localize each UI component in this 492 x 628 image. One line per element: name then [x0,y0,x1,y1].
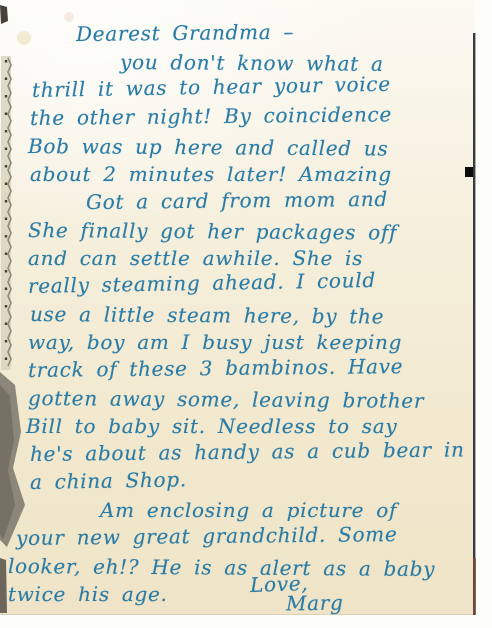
letter-line: Dearest Grandma – [76,16,468,48]
letter-line: Bob was up here and called us [28,132,468,163]
letter-line: thrill it was to hear your voice [32,68,468,104]
letter-line: looker, eh!? He is as alert as a baby [8,552,468,583]
letter-line: your new great grandchild. Some [16,519,468,552]
letter-line: use a little steam here, by the [30,300,468,331]
letter-line: gotten away some, leaving brother [28,384,468,415]
scanned-letter: Dearest Grandma –you don't know what ath… [0,0,492,628]
letter-line: twice his age. [8,580,468,608]
letter-line: track of these 3 bambinos. Have [28,351,468,384]
letter-body: Dearest Grandma –you don't know what ath… [28,20,468,608]
letter-signature: Marg [286,590,344,615]
letter-line: Got a card from mom and [86,184,468,216]
letter-line: She finally got her packages off [28,216,468,247]
letter-paper: Dearest Grandma –you don't know what ath… [0,0,475,615]
letter-line: the other night! By coincidence [30,99,468,132]
